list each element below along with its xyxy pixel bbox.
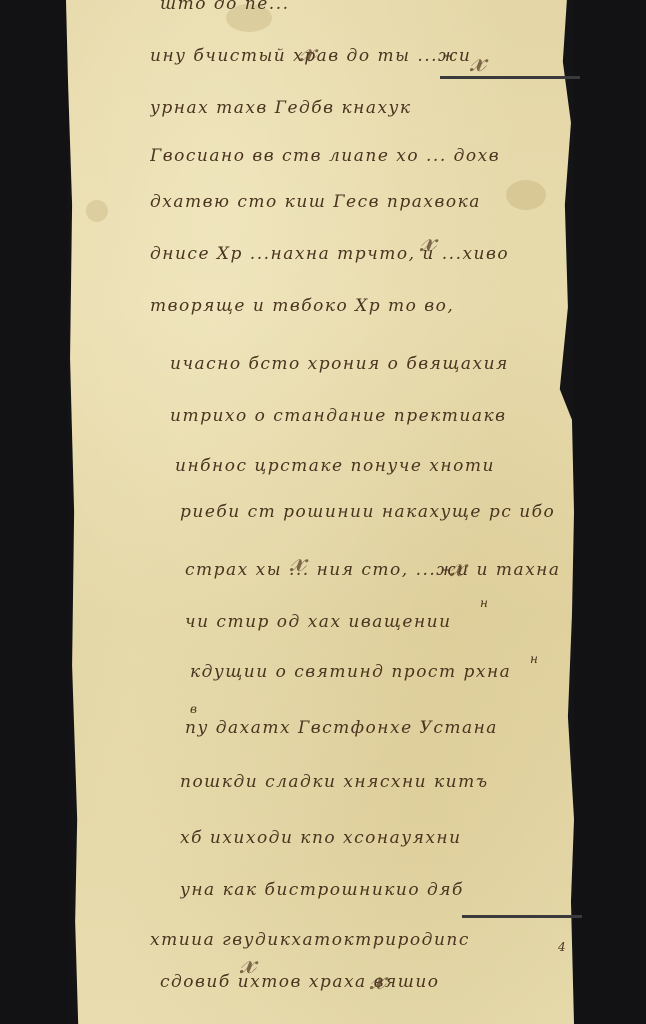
pin-mark — [440, 76, 580, 79]
manuscript-line: дхатвю сто киш Гесв прахвока — [150, 192, 570, 212]
manuscript-line: Гвосиано вв ств лиапе хо ... дохв — [150, 146, 570, 166]
ink-flourish: 𝓍 — [450, 545, 466, 585]
superscript-mark: н — [530, 652, 550, 666]
ink-flourish: 𝓍 — [240, 942, 256, 982]
pin-mark — [462, 915, 582, 918]
paper-stain — [86, 200, 108, 222]
manuscript-line: итрихо о стандание пректиакв — [170, 406, 590, 426]
manuscript-line: хб ихиходи кпо хсонауяхни — [180, 828, 600, 848]
manuscript-line: чи стир од хах иващении — [185, 612, 605, 632]
manuscript-line: пу дахатх Гвстфонхе Устана — [185, 718, 605, 738]
manuscript-line: уна как бистрошникио дяб — [180, 880, 600, 900]
ink-flourish: 𝓍 — [290, 540, 306, 580]
manuscript-line: творяще и твбоко Хр то во, — [150, 296, 570, 316]
ink-flourish: 𝓍 — [470, 40, 486, 80]
manuscript-line: страх хы ... ния сто, ...жи и тахна — [185, 560, 605, 580]
manuscript-line: инбнос црстаке понуче хноти — [175, 456, 595, 476]
manuscript-line: риеби ст рошинии накахуще рс ибо — [180, 502, 600, 522]
manuscript-line: што до пе... — [160, 0, 580, 14]
superscript-mark: н — [480, 596, 500, 610]
superscript-mark: 4 — [558, 940, 578, 954]
manuscript-line: хтииа гвудикхатоктриродипс — [150, 930, 570, 950]
ink-flourish: 𝓍 — [420, 220, 436, 260]
ink-flourish: 𝓍 — [300, 30, 316, 70]
manuscript-line: пошкди сладки хнясхни китъ — [180, 772, 600, 792]
manuscript-line: урнах тахв Гедбв кнахук — [150, 98, 570, 118]
superscript-mark: в — [190, 702, 210, 716]
manuscript-line: ичасно бсто хрония о бвящахия — [170, 354, 590, 374]
dark-background-left — [0, 0, 68, 1024]
manuscript-line: днисе Хр ...нахна трчто, и ...хиво — [150, 244, 570, 264]
manuscript-line: ину бчистый храв до ты ...жи — [150, 46, 570, 66]
ink-flourish: 𝓍 — [370, 958, 386, 998]
